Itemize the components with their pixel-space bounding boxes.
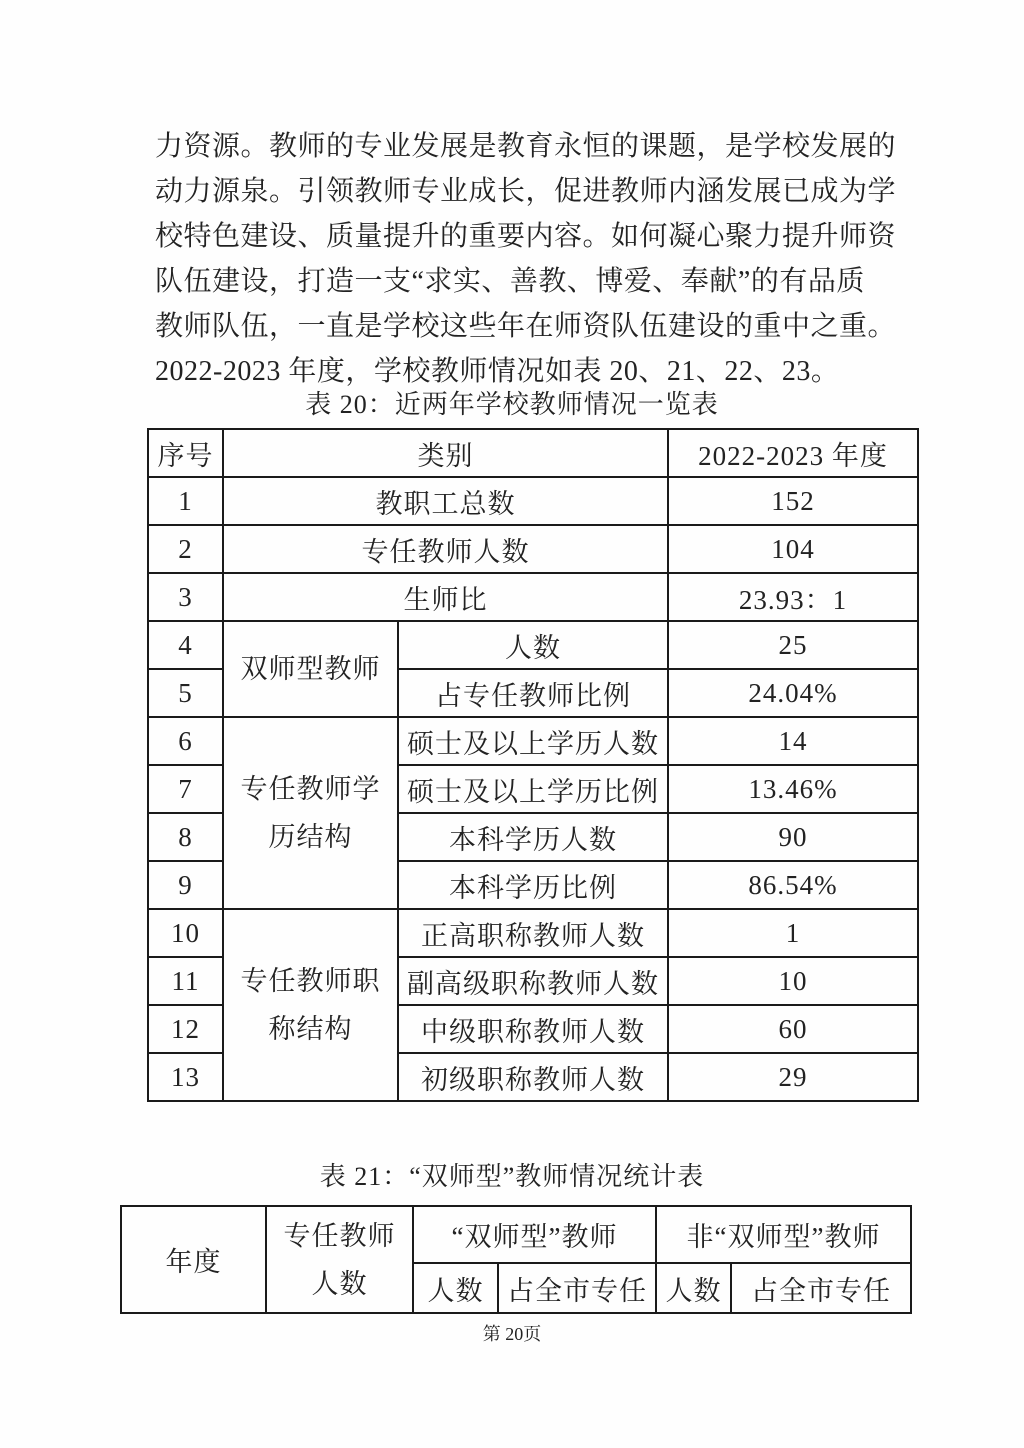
table-cell-category: 副高级职称教师人数 [398, 957, 668, 1005]
table20-header-category: 类别 [223, 429, 668, 477]
table-cell-category: 专任教师人数 [223, 525, 668, 573]
table-cell-value: 104 [668, 525, 918, 573]
table-cell-group-dual: 双师型教师 [223, 621, 398, 717]
table-cell-value: 10 [668, 957, 918, 1005]
paragraph-line: 动力源泉。引领教师专业成长，促进教师内涵发展已成为学 [155, 169, 895, 214]
table-cell-no: 9 [148, 861, 223, 909]
body-paragraph: 力资源。教师的专业发展是教育永恒的课题，是学校发展的 动力源泉。引领教师专业成长… [155, 124, 895, 394]
table-cell-value: 152 [668, 477, 918, 525]
table-cell-no: 10 [148, 909, 223, 957]
table-cell-value: 60 [668, 1005, 918, 1053]
table-cell-value: 90 [668, 813, 918, 861]
table21-header-nondual-ratio: 占全市专任 [731, 1263, 911, 1313]
paragraph-line: 力资源。教师的专业发展是教育永恒的课题，是学校发展的 [155, 124, 895, 169]
table-cell-category: 本科学历人数 [398, 813, 668, 861]
table20-header-year: 2022-2023 年度 [668, 429, 918, 477]
table-cell-no: 5 [148, 669, 223, 717]
table20-header-row: 序号 类别 2022-2023 年度 [148, 429, 918, 477]
table-row: 2 专任教师人数 104 [148, 525, 918, 573]
table-cell-category: 中级职称教师人数 [398, 1005, 668, 1053]
table21: 年度 专任教师 人数 “双师型”教师 非“双师型”教师 人数 占全市专任 人数 … [120, 1205, 912, 1314]
table-cell-no: 13 [148, 1053, 223, 1101]
table-cell-value: 14 [668, 717, 918, 765]
table20-title: 表 20：近两年学校教师情况一览表 [0, 388, 1024, 422]
table21-header-dual-count: 人数 [413, 1263, 498, 1313]
table-cell-value: 1 [668, 909, 918, 957]
table21-header-dual-ratio: 占全市专任 [498, 1263, 656, 1313]
table-cell-no: 12 [148, 1005, 223, 1053]
table-cell-category: 本科学历比例 [398, 861, 668, 909]
table-cell-no: 6 [148, 717, 223, 765]
table-cell-no: 2 [148, 525, 223, 573]
table-cell-category: 占专任教师比例 [398, 669, 668, 717]
table-row: 1 教职工总数 152 [148, 477, 918, 525]
table20-header-no: 序号 [148, 429, 223, 477]
table21-header-non-dual: 非“双师型”教师 [656, 1206, 911, 1263]
table-cell-no: 4 [148, 621, 223, 669]
table-row: 6 专任教师学 历结构 硕士及以上学历人数 14 [148, 717, 918, 765]
table-cell-group-degree: 专任教师学 历结构 [223, 717, 398, 909]
table-row: 3 生师比 23.93：1 [148, 573, 918, 621]
table-cell-value: 23.93：1 [668, 573, 918, 621]
table-cell-no: 3 [148, 573, 223, 621]
table-cell-category: 人数 [398, 621, 668, 669]
table-cell-no: 7 [148, 765, 223, 813]
table-cell-category: 生师比 [223, 573, 668, 621]
table20: 序号 类别 2022-2023 年度 1 教职工总数 152 2 专任教师人数 … [147, 428, 919, 1102]
table-cell-no: 11 [148, 957, 223, 1005]
paragraph-line: 校特色建设、质量提升的重要内容。如何凝心聚力提升师资 [155, 214, 895, 259]
table-row: 10 专任教师职 称结构 正高职称教师人数 1 [148, 909, 918, 957]
table-row: 4 双师型教师 人数 25 [148, 621, 918, 669]
table-cell-category: 教职工总数 [223, 477, 668, 525]
table-cell-value: 13.46% [668, 765, 918, 813]
paragraph-line: 教师队伍，一直是学校这些年在师资队伍建设的重中之重。 [155, 304, 895, 349]
paragraph-line: 队伍建设，打造一支“求实、善教、博爱、奉献”的有品质 [155, 259, 895, 304]
table-cell-value: 29 [668, 1053, 918, 1101]
table21-header-row-1: 年度 专任教师 人数 “双师型”教师 非“双师型”教师 [121, 1206, 911, 1263]
document-page: 力资源。教师的专业发展是教育永恒的课题，是学校发展的 动力源泉。引领教师专业成长… [0, 0, 1024, 1448]
page-number-footer: 第 20页 [0, 1320, 1024, 1348]
table21-title: 表 21：“双师型”教师情况统计表 [0, 1160, 1024, 1194]
table21-header-fulltime: 专任教师 人数 [266, 1206, 413, 1313]
table-cell-no: 8 [148, 813, 223, 861]
table-cell-group-rank: 专任教师职 称结构 [223, 909, 398, 1101]
table21-header-year: 年度 [121, 1206, 266, 1313]
table-cell-category: 正高职称教师人数 [398, 909, 668, 957]
table-cell-value: 25 [668, 621, 918, 669]
table-cell-category: 硕士及以上学历比例 [398, 765, 668, 813]
table21-header-nondual-count: 人数 [656, 1263, 731, 1313]
table-cell-category: 初级职称教师人数 [398, 1053, 668, 1101]
table-cell-value: 24.04% [668, 669, 918, 717]
table-cell-no: 1 [148, 477, 223, 525]
table21-header-dual: “双师型”教师 [413, 1206, 656, 1263]
table-cell-category: 硕士及以上学历人数 [398, 717, 668, 765]
table-cell-value: 86.54% [668, 861, 918, 909]
